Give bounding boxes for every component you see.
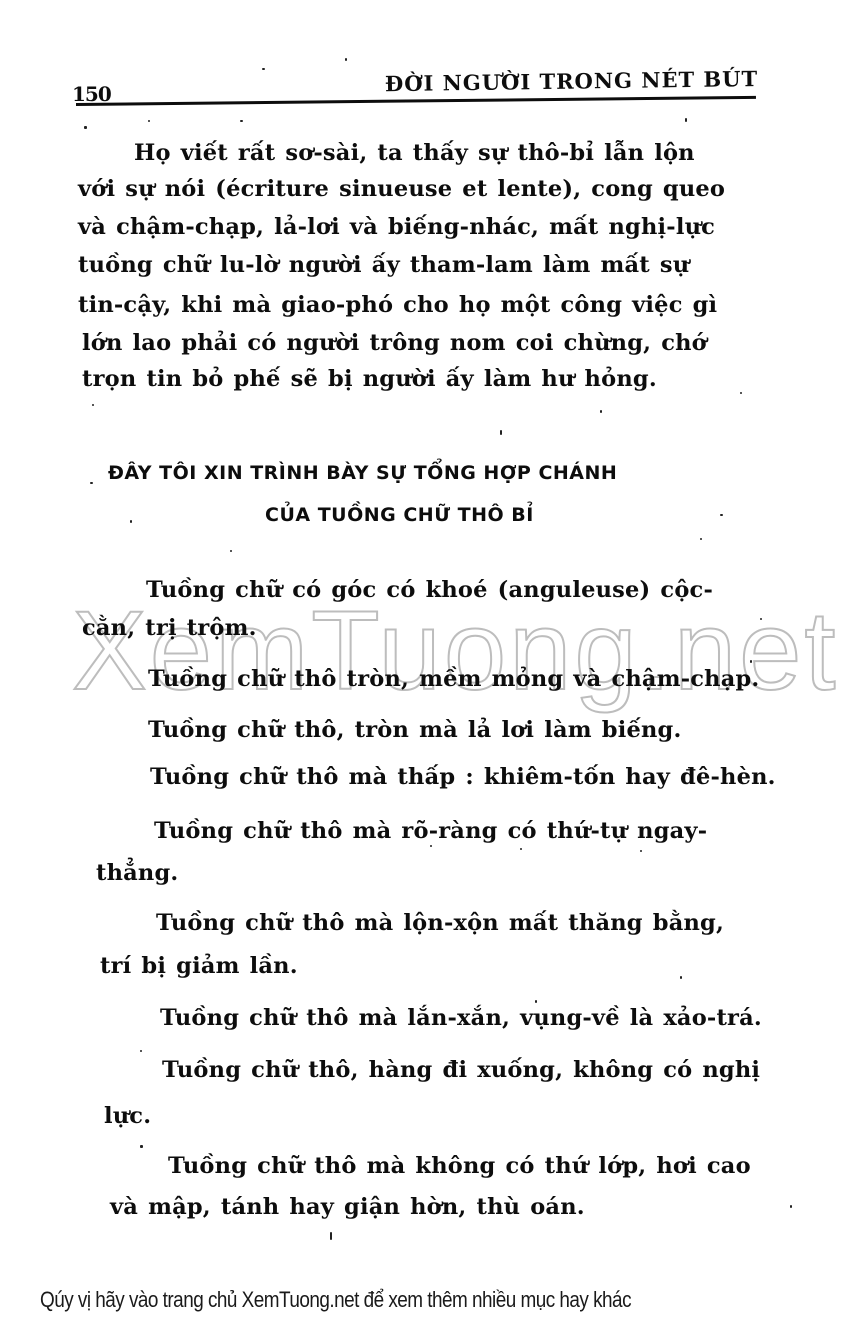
list-item-line: Tuồng chữ thô mà lộn-xộn mất thăng bằng, xyxy=(156,910,724,936)
list-item-line: Tuồng chữ thô mà thấp : khiêm-tốn hay đê… xyxy=(150,764,776,790)
paragraph-line: tin-cậy, khi mà giao-phó cho họ một công… xyxy=(78,292,717,318)
book-title: ĐỜI NGƯỜI TRONG NÉT BÚT xyxy=(384,66,758,96)
scanned-book-page: 150 ĐỜI NGƯỜI TRONG NÉT BÚT Họ viết rất … xyxy=(0,0,850,1270)
paragraph-line: Họ viết rất sơ-sài, ta thấy sự thô-bỉ lẫ… xyxy=(134,140,695,166)
list-item-line: lực. xyxy=(104,1103,151,1129)
paragraph-line: và chậm-chạp, lả-lơi và biếng-nhác, mất … xyxy=(78,214,715,240)
list-item-line: và mập, tánh hay giận hờn, thù oán. xyxy=(110,1194,585,1220)
paragraph-line: trọn tin bỏ phế sẽ bị người ấy làm hư hỏ… xyxy=(82,366,657,392)
list-item-line: trí bị giảm lần. xyxy=(100,953,298,979)
list-item-line: cằn, trị trộm. xyxy=(82,615,257,641)
paragraph-line: với sự nói (écriture sinueuse et lente),… xyxy=(78,176,725,202)
list-item-line: Tuồng chữ thô mà không có thứ lớp, hơi c… xyxy=(168,1153,751,1179)
section-heading-line-1: ĐÂY TÔI XIN TRÌNH BÀY SỰ TỔNG HỢP CHÁNH xyxy=(108,462,617,484)
list-item-line: Tuồng chữ thô, hàng đi xuống, không có n… xyxy=(162,1057,760,1083)
list-item-line: Tuồng chữ thô tròn, mềm mỏng và chậm-chạ… xyxy=(148,666,759,692)
list-item-line: Tuồng chữ thô mà rõ-ràng có thứ-tự ngay- xyxy=(154,818,707,844)
paragraph-line: tuồng chữ lu-lờ người ấy tham-lam làm mấ… xyxy=(78,252,689,278)
list-item-line: Tuồng chữ thô mà lắn-xắn, vụng-về là xảo… xyxy=(160,1005,762,1031)
paragraph-line: lớn lao phải có người trông nom coi chừn… xyxy=(82,330,707,356)
list-item-line: Tuồng chữ thô, tròn mà lả lơi làm biếng. xyxy=(148,717,682,743)
section-heading-line-2: CỦA TUỒNG CHỮ THÔ BỈ xyxy=(265,504,534,526)
list-item-line: thẳng. xyxy=(96,860,178,886)
footer-caption: Qúy vị hãy vào trang chủ XemTuong.net để… xyxy=(40,1287,631,1313)
list-item-line: Tuồng chữ có góc có khoé (anguleuse) cộc… xyxy=(146,577,713,603)
